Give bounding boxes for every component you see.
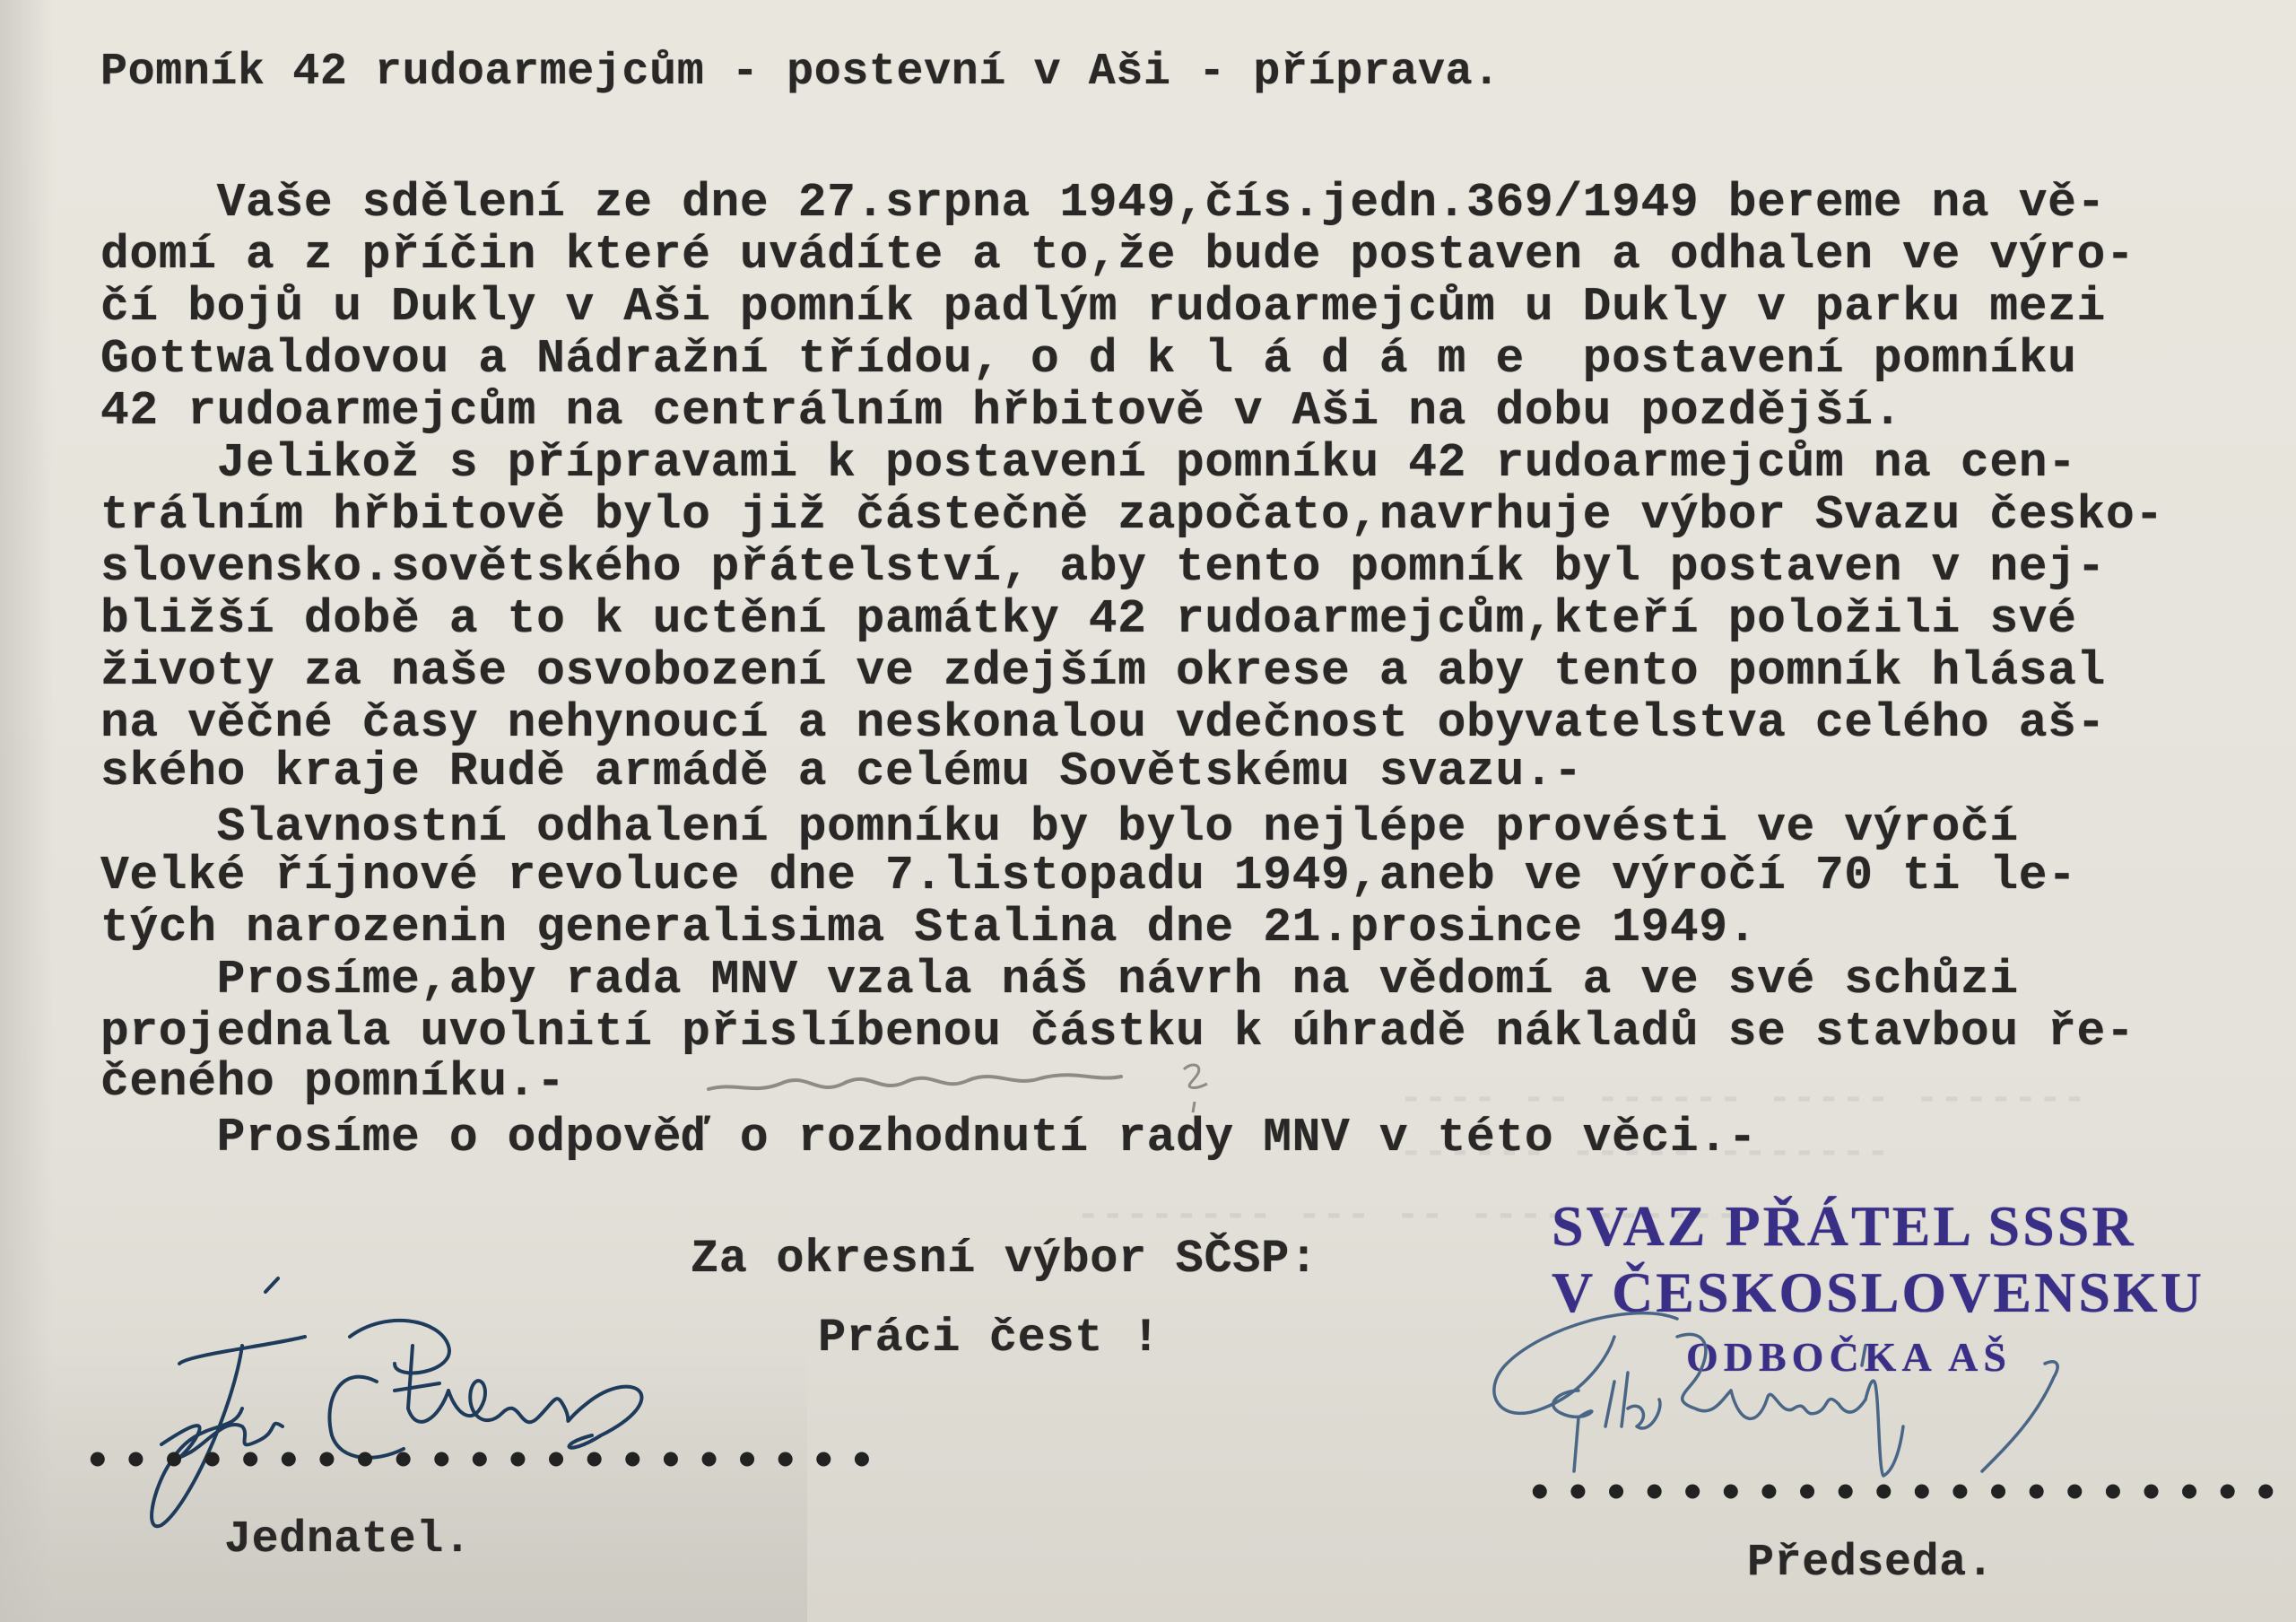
body-line: Vaše sdělení ze dne 27.srpna 1949,čís.je… (100, 179, 2106, 227)
signature-line-right: ••••••••••••••••••••••• (1525, 1466, 2296, 1523)
body-line: ského kraje Rudě armádě a celému Sovětsk… (100, 748, 1583, 796)
body-line: Prosíme,aby rada MNV vzala náš návrh na … (100, 956, 2019, 1004)
body-line: životy za naše osvobození ve zdejším okr… (100, 648, 2106, 695)
closing-greeting: Práci čest ! (818, 1315, 1161, 1362)
body-line: Gottwaldovou a Nádražní třídou, o d k l … (100, 336, 2077, 383)
body-line: domí a z příčin které uvádíte a to,že bu… (100, 231, 2135, 279)
body-line: 42 rudoarmejcům na centrálním hřbitově v… (100, 388, 1902, 435)
body-line: čeného pomníku.- (100, 1059, 565, 1106)
signature-line-left: ••••••••••••••••••••• (83, 1434, 885, 1491)
body-line: čí bojů u Dukly v Aši pomník padlým rudo… (100, 283, 2106, 331)
body-line: na věčné časy nehynoucí a neskonalou vde… (100, 700, 2106, 747)
role-jednatel: Jednatel. (224, 1518, 471, 1563)
body-line: trálním hřbitově bylo již částečně započ… (100, 492, 2164, 539)
pencil-wavy-underline (700, 1050, 1327, 1121)
body-line: Velké říjnové revoluce dne 7.listopadu 1… (100, 852, 2077, 900)
body-line: tých narozenin generalisima Stalina dne … (100, 904, 1757, 952)
role-predseda: Předseda. (1747, 1541, 1994, 1586)
body-line: Slavnostní odhalení pomníku by bylo nejl… (100, 804, 2019, 851)
document-title: Pomník 42 rudoarmejcům - postevní v Aši … (100, 50, 1500, 95)
body-line: bližší době a to k uctění památky 42 rud… (100, 596, 2077, 643)
body-line: Jelikož s přípravami k postavení pomníku… (100, 440, 2077, 487)
body-line: slovensko.sovětského přátelství, aby ten… (100, 544, 2106, 591)
stamp-line-1: SVAZ PŘÁTEL SSSR (1552, 1193, 2136, 1260)
